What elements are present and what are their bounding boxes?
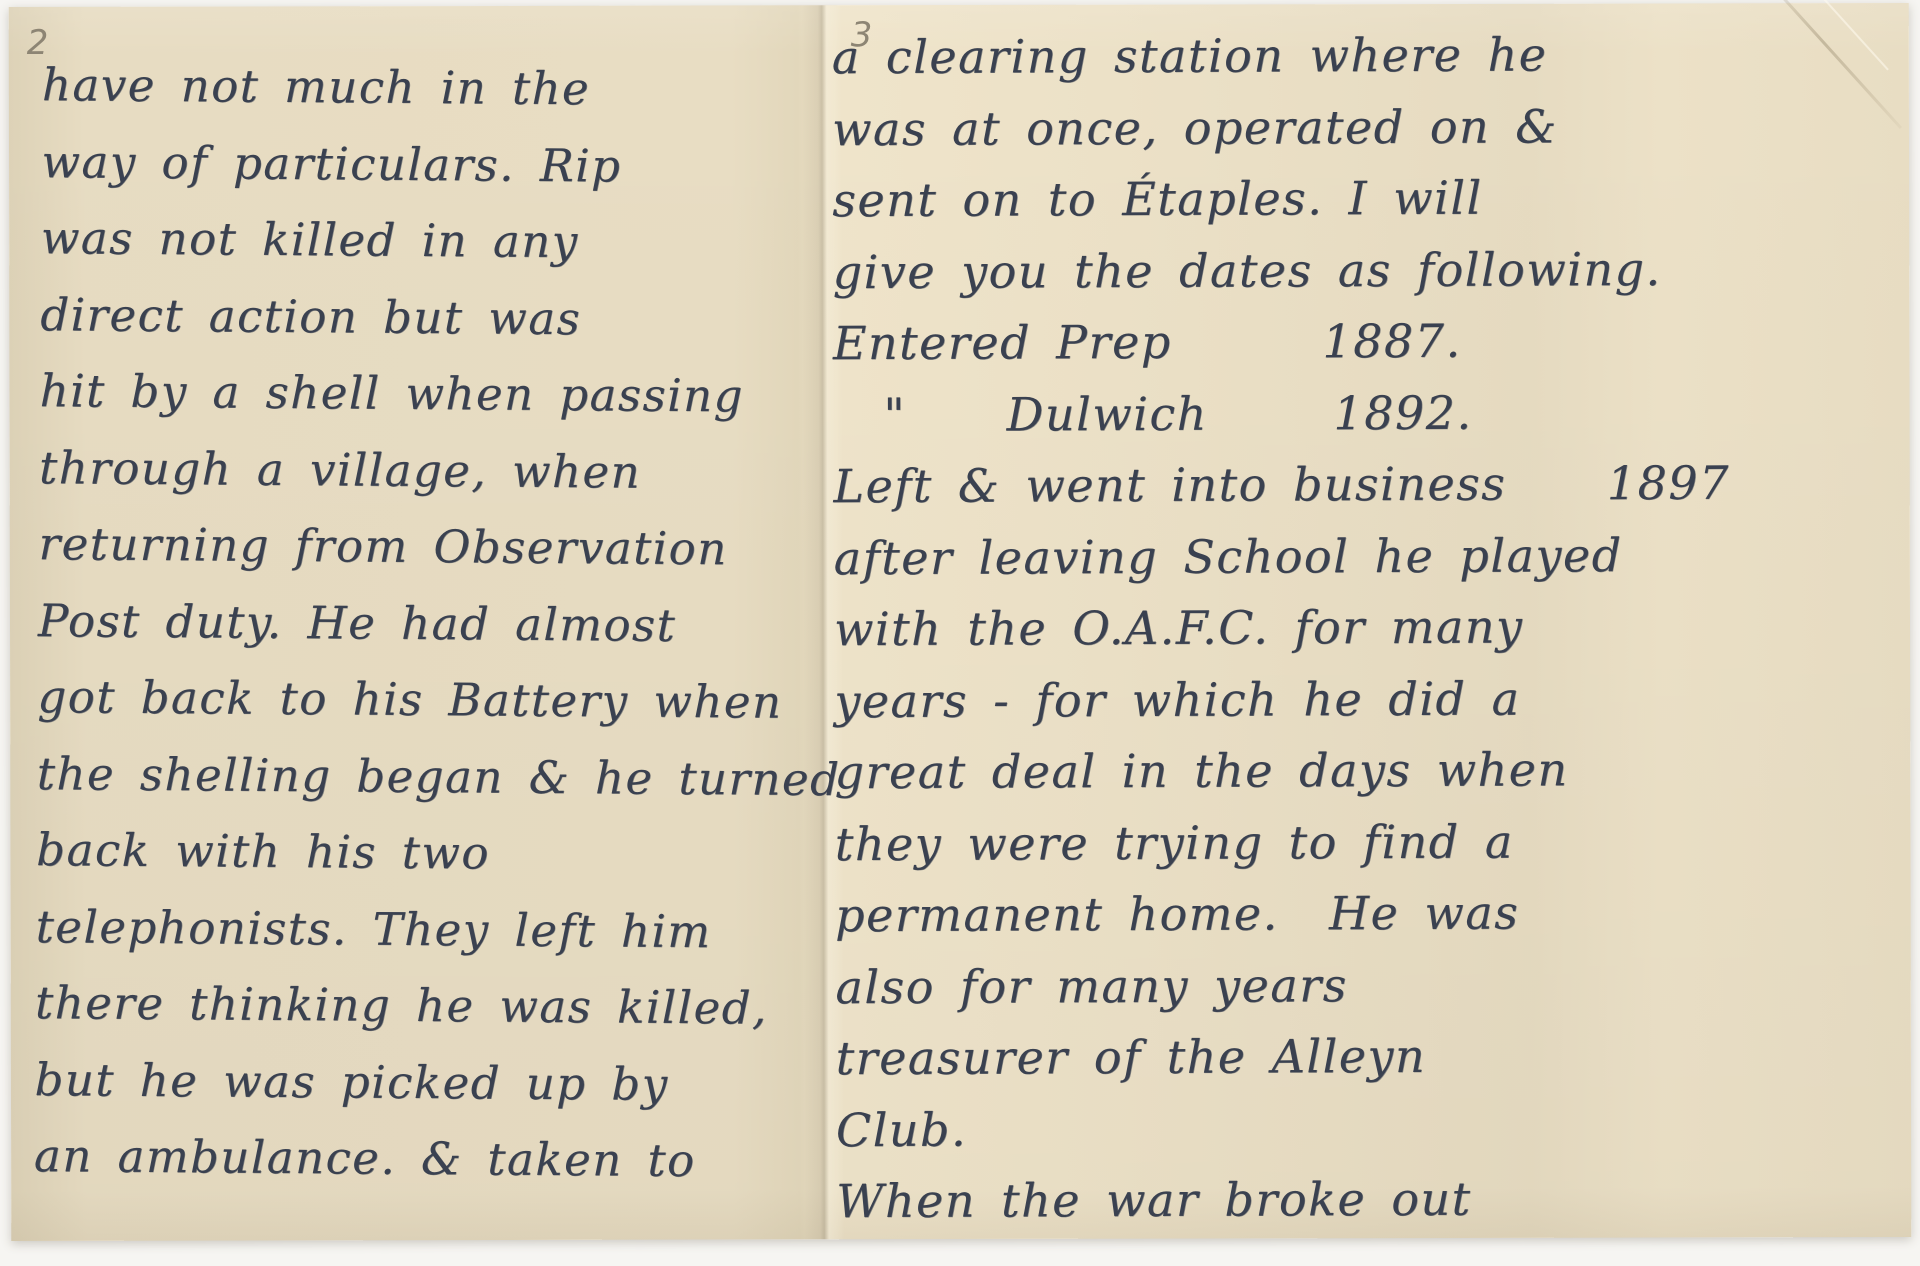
- letter-scan: 2 3 have not much in the way of particul…: [0, 0, 1920, 1266]
- handwriting-line: hit by a shell when passing: [39, 353, 820, 435]
- handwriting-line: after leaving School he played: [834, 519, 1920, 595]
- handwriting-line: Left & went into business 1897: [833, 447, 1920, 523]
- handwriting-line: treasurer of the Alleyn: [836, 1019, 1920, 1095]
- handwriting-line: give you the dates as following.: [833, 233, 1920, 309]
- handwriting-line: also for many years: [835, 948, 1920, 1024]
- handwriting-line: Entered Prep 1887.: [833, 304, 1920, 380]
- handwriting-line: with the O.A.F.C. for many: [834, 590, 1920, 666]
- letter-page-2: have not much in the way of particulars.…: [34, 47, 823, 1200]
- handwriting-line: got back to his Battery when: [37, 659, 818, 741]
- handwriting-line: direct action but was: [40, 277, 821, 359]
- handwriting-line: but he was picked up by: [34, 1042, 815, 1124]
- handwriting-line: there thinking he was killed,: [35, 965, 816, 1047]
- handwriting-line: returning from Observation: [38, 506, 819, 588]
- handwriting-line: through a village, when: [39, 430, 820, 512]
- handwriting-line: was not killed in any: [41, 200, 822, 282]
- handwriting-line: Club.: [836, 1091, 1920, 1167]
- handwriting-line: When the war broke out: [836, 1162, 1920, 1238]
- handwriting-line: great deal in the days when: [834, 733, 1920, 809]
- handwriting-line: years - for which he did a: [834, 662, 1920, 738]
- handwriting-line: an ambulance. & taken to: [34, 1118, 815, 1200]
- handwriting-line: they were trying to find a: [835, 805, 1920, 881]
- handwriting-line: have not much in the: [42, 47, 823, 129]
- handwriting-line: sent on to Étaples. I will: [832, 161, 1920, 237]
- handwriting-line: a clearing station where he: [832, 18, 1920, 94]
- handwriting-line: " Dulwich 1892.: [833, 376, 1920, 452]
- handwriting-line: permanent home. He was: [835, 876, 1920, 952]
- handwriting-line: telephonists. They left him: [35, 889, 816, 971]
- handwriting-line: Post duty. He had almost: [38, 583, 819, 665]
- handwriting-line: was at once, operated on &: [832, 90, 1920, 166]
- letter-paper: 2 3 have not much in the way of particul…: [9, 3, 1912, 1241]
- handwriting-line: the shelling began & he turned: [37, 736, 818, 818]
- letter-page-3: a clearing station where he was at once,…: [832, 18, 1920, 1238]
- handwriting-line: back with his two: [36, 812, 817, 894]
- handwriting-line: way of particulars. Rip: [41, 124, 822, 206]
